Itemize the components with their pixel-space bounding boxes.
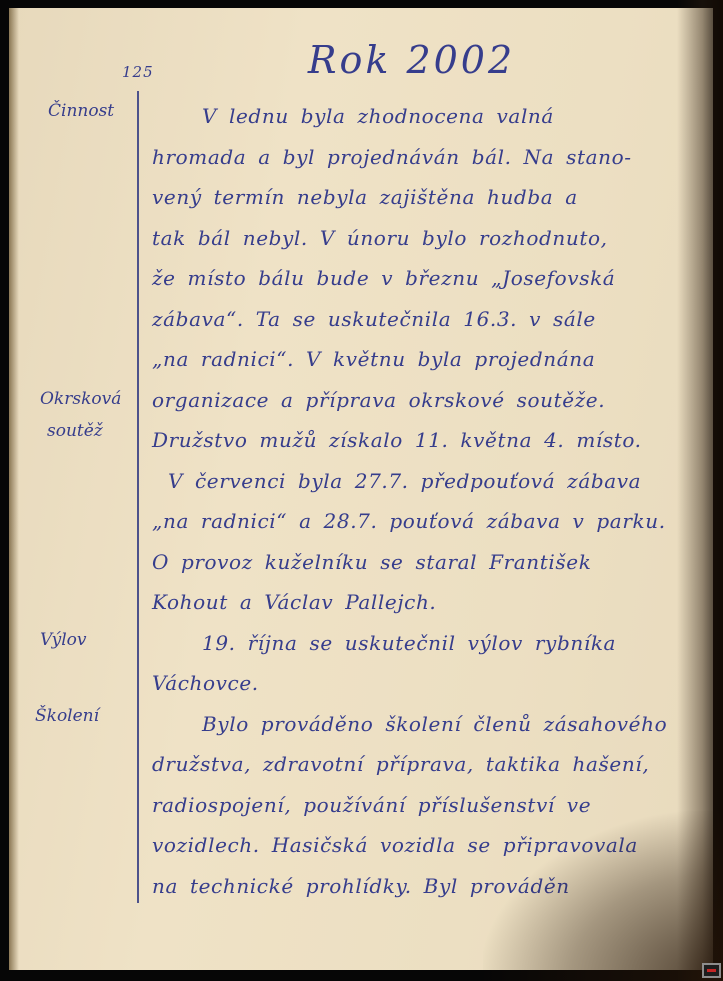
- page-title: Rok 2002: [0, 38, 723, 82]
- margin-rule-line: [137, 91, 139, 903]
- margin-label-soutez: soutěž: [47, 421, 103, 441]
- handwritten-line: tak bál nebyl. V únoru bylo rozhodnuto,: [152, 218, 714, 259]
- handwritten-line: Váchovce.: [152, 663, 714, 704]
- red-bar-watermark-icon: [702, 963, 721, 978]
- red-bar: [707, 969, 716, 972]
- handwritten-line: hromada a byl projednáván bál. Na stano-: [152, 137, 714, 178]
- handwritten-line: V lednu byla zhodnocena valná: [152, 96, 714, 137]
- margin-label-okrskova: Okrsková: [40, 389, 121, 409]
- handwritten-line: vený termín nebyla zajištěna hudba a: [152, 177, 714, 218]
- handwritten-line: organizace a příprava okrskové soutěže.: [152, 380, 714, 421]
- handwritten-line: že místo bálu bude v březnu „Josefovská: [152, 258, 714, 299]
- margin-label-cinnost: Činnost: [48, 101, 114, 121]
- handwritten-line: „na radnici“ a 28.7. pouťová zábava v pa…: [152, 501, 714, 542]
- handwriting-block: V lednu byla zhodnocena valná hromada a …: [152, 96, 714, 906]
- handwritten-line: družstva, zdravotní příprava, taktika ha…: [152, 744, 714, 785]
- scanned-page-photo: 125 Rok 2002 Činnost Okrsková soutěž Výl…: [0, 0, 723, 981]
- handwritten-line: zábava“. Ta se uskutečnila 16.3. v sále: [152, 299, 714, 340]
- handwritten-line: O provoz kuželníku se staral František: [152, 542, 714, 583]
- handwritten-line: 19. října se uskutečnil výlov rybníka: [152, 623, 714, 664]
- handwritten-line: Družstvo mužů získalo 11. května 4. míst…: [152, 420, 714, 461]
- handwritten-line: Bylo prováděno školení členů zásahového: [152, 704, 714, 745]
- margin-label-skoleni: Školení: [35, 706, 99, 726]
- corner-shadow: [483, 811, 723, 981]
- margin-label-vylov: Výlov: [40, 630, 86, 650]
- handwritten-line: „na radnici“. V květnu byla projednána: [152, 339, 714, 380]
- handwritten-line: V červenci byla 27.7. předpouťová zábava: [152, 461, 714, 502]
- handwritten-line: Kohout a Václav Pallejch.: [152, 582, 714, 623]
- page-left-edge: [9, 8, 19, 970]
